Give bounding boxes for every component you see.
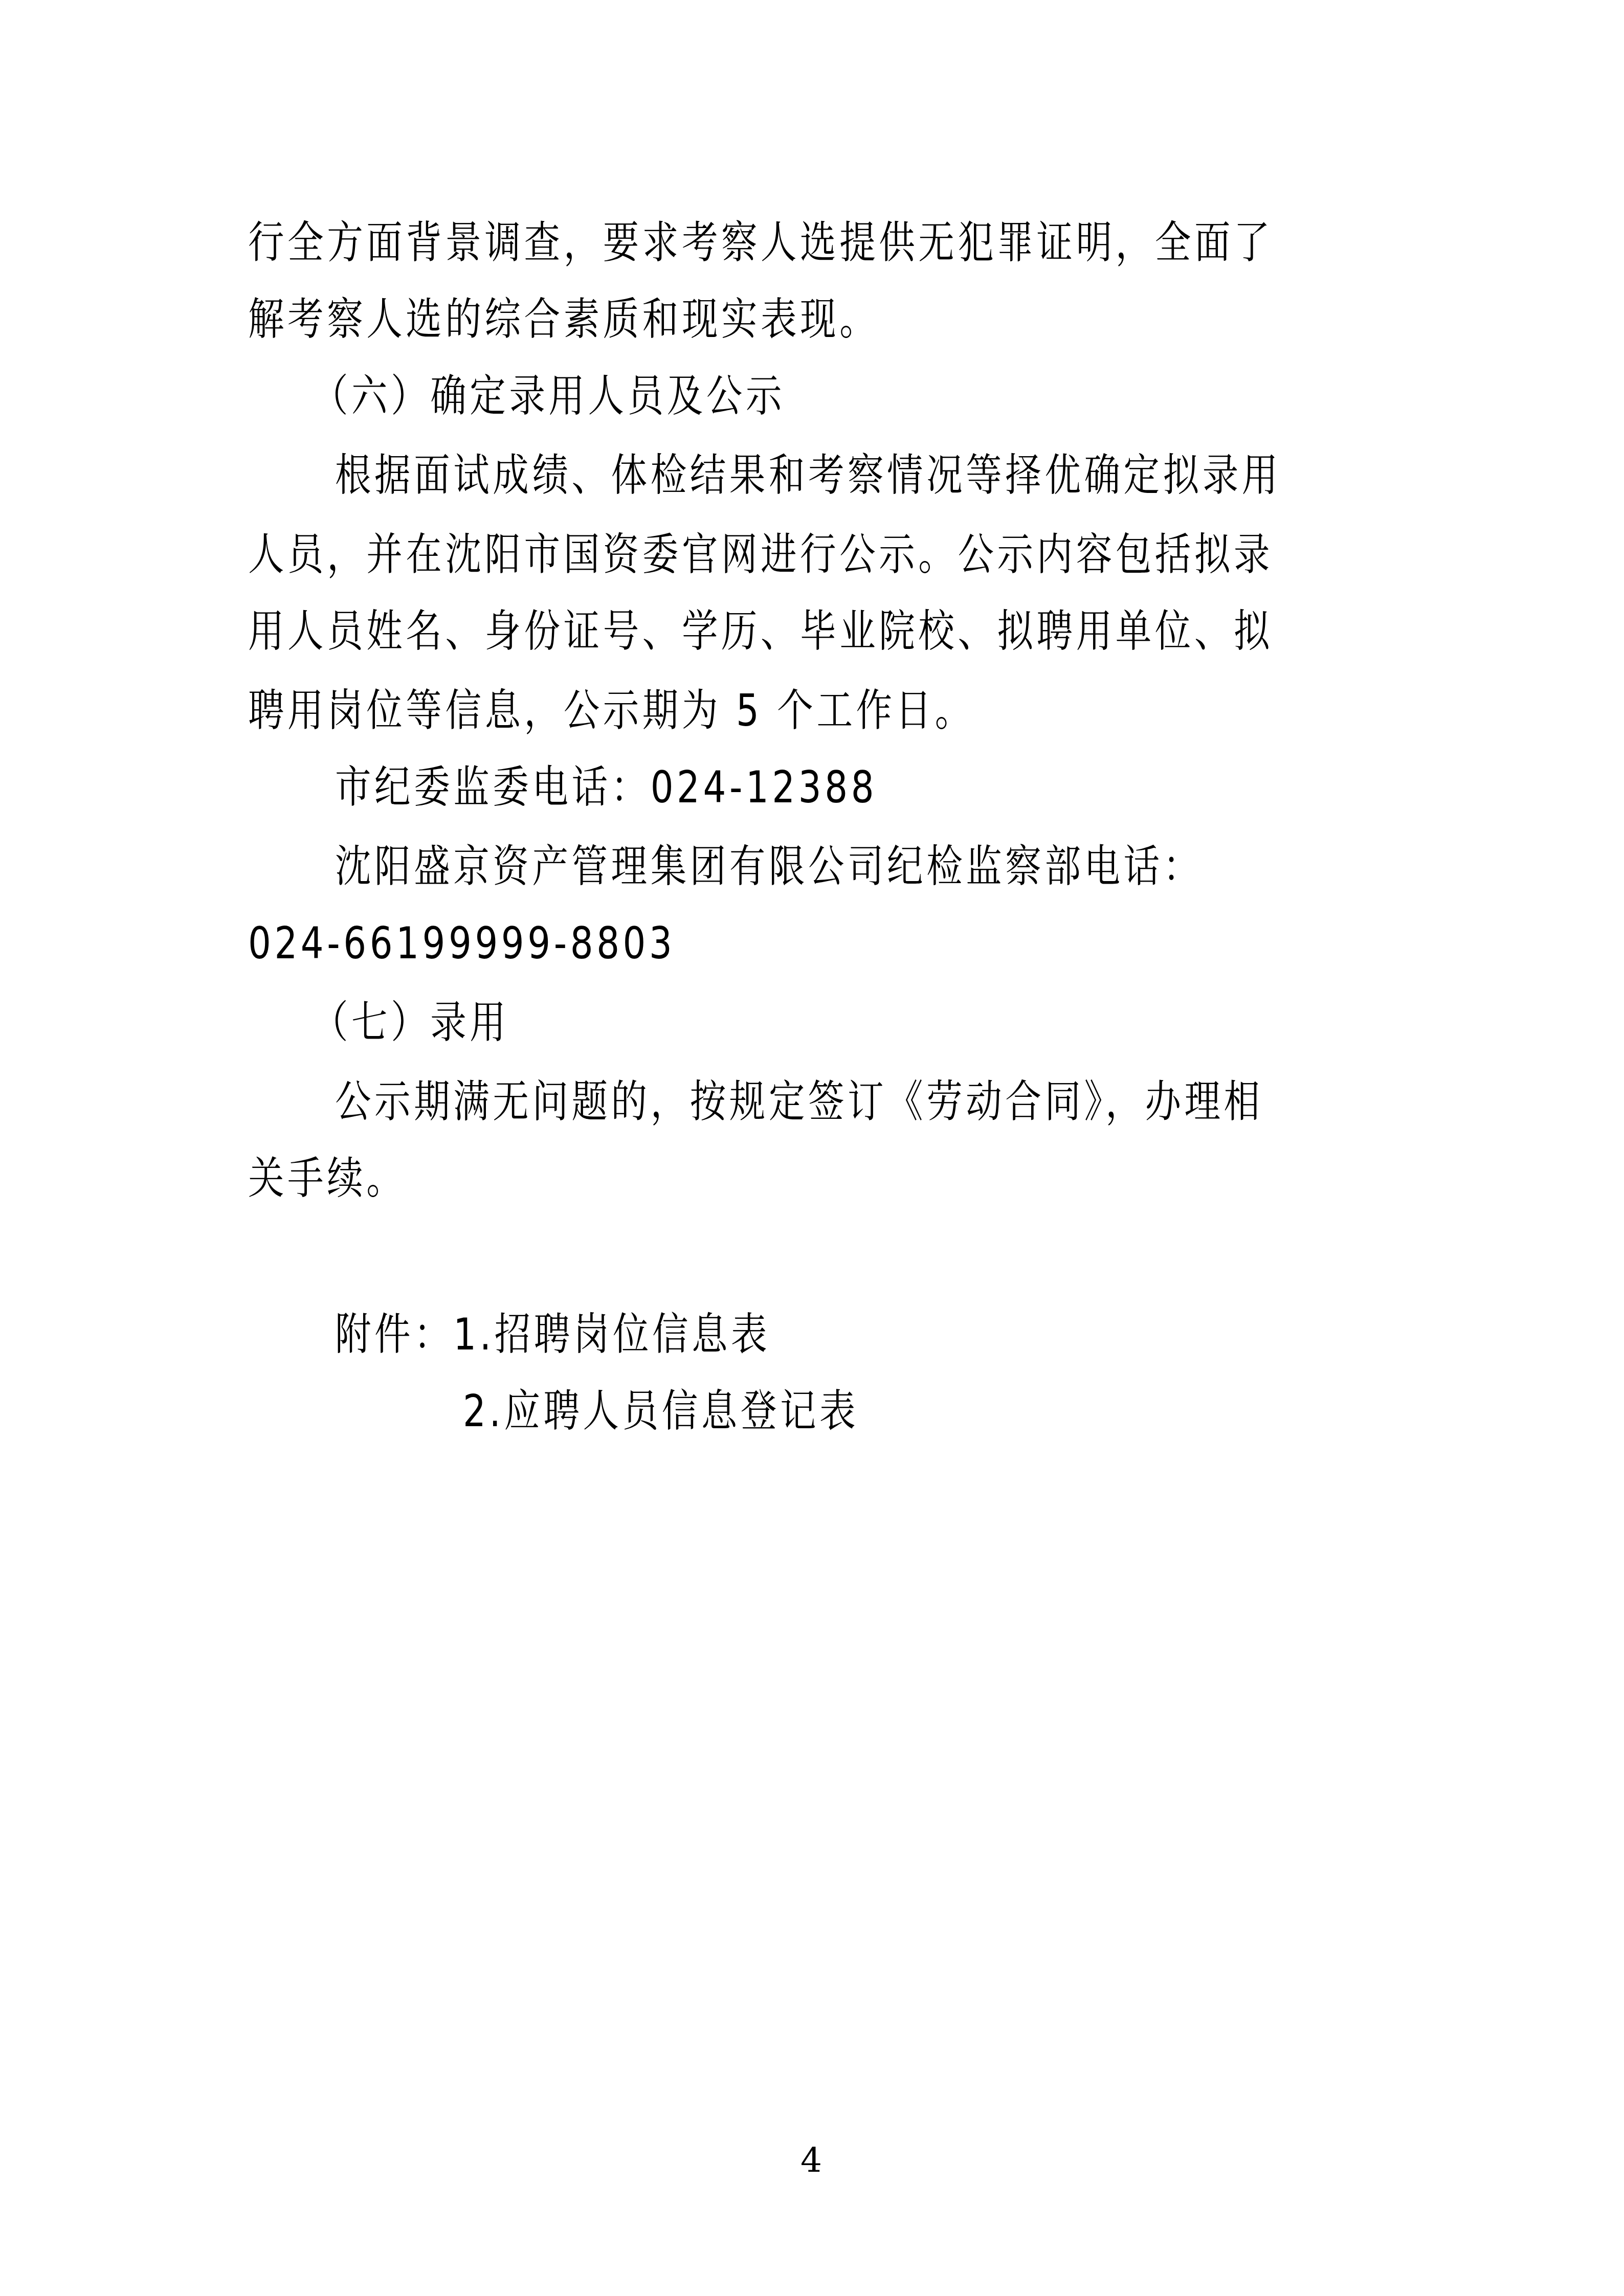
paragraph-line: 行全方面背景调查，要求考察人选提供无犯罪证明，全面了 <box>248 217 1273 268</box>
paragraph-line: 人员，并在沈阳市国资委官网进行公示。公示内容包括拟录 <box>248 529 1273 580</box>
paragraph-line: 用人员姓名、身份证号、学历、毕业院校、拟聘用单位、拟 <box>248 606 1273 657</box>
attachments-line: 附件：1.招聘岗位信息表 <box>335 1309 770 1360</box>
paragraph-line: 解考察人选的综合素质和现实表现。 <box>248 294 879 345</box>
paragraph-line: 公示期满无问题的，按规定签订《劳动合同》，办理相 <box>335 1076 1263 1128</box>
page-number: 4 <box>800 2140 822 2181</box>
section-heading: （七）录用 <box>312 997 509 1048</box>
paragraph-line: 聘用岗位等信息，公示期为 5 个工作日。 <box>248 685 974 736</box>
paragraph-line: 根据面试成绩、体检结果和考察情况等择优确定拟录用 <box>335 450 1281 501</box>
attachment-item: 1.招聘岗位信息表 <box>453 1309 770 1360</box>
attachments-label: 附件： <box>335 1309 453 1360</box>
phone-line: 沈阳盛京资产管理集团有限公司纪检监察部电话： <box>335 841 1203 892</box>
section-heading: （六）确定录用人员及公示 <box>312 371 785 422</box>
document-page: 行全方面背景调查，要求考察人选提供无犯罪证明，全面了 解考察人选的综合素质和现实… <box>0 0 1624 2296</box>
attachment-item: 2.应聘人员信息登记表 <box>463 1386 859 1437</box>
phone-number: 024-66199999-8803 <box>248 918 675 969</box>
phone-line: 市纪委监委电话：024-12388 <box>335 762 877 813</box>
paragraph-line: 关手续。 <box>248 1153 406 1204</box>
